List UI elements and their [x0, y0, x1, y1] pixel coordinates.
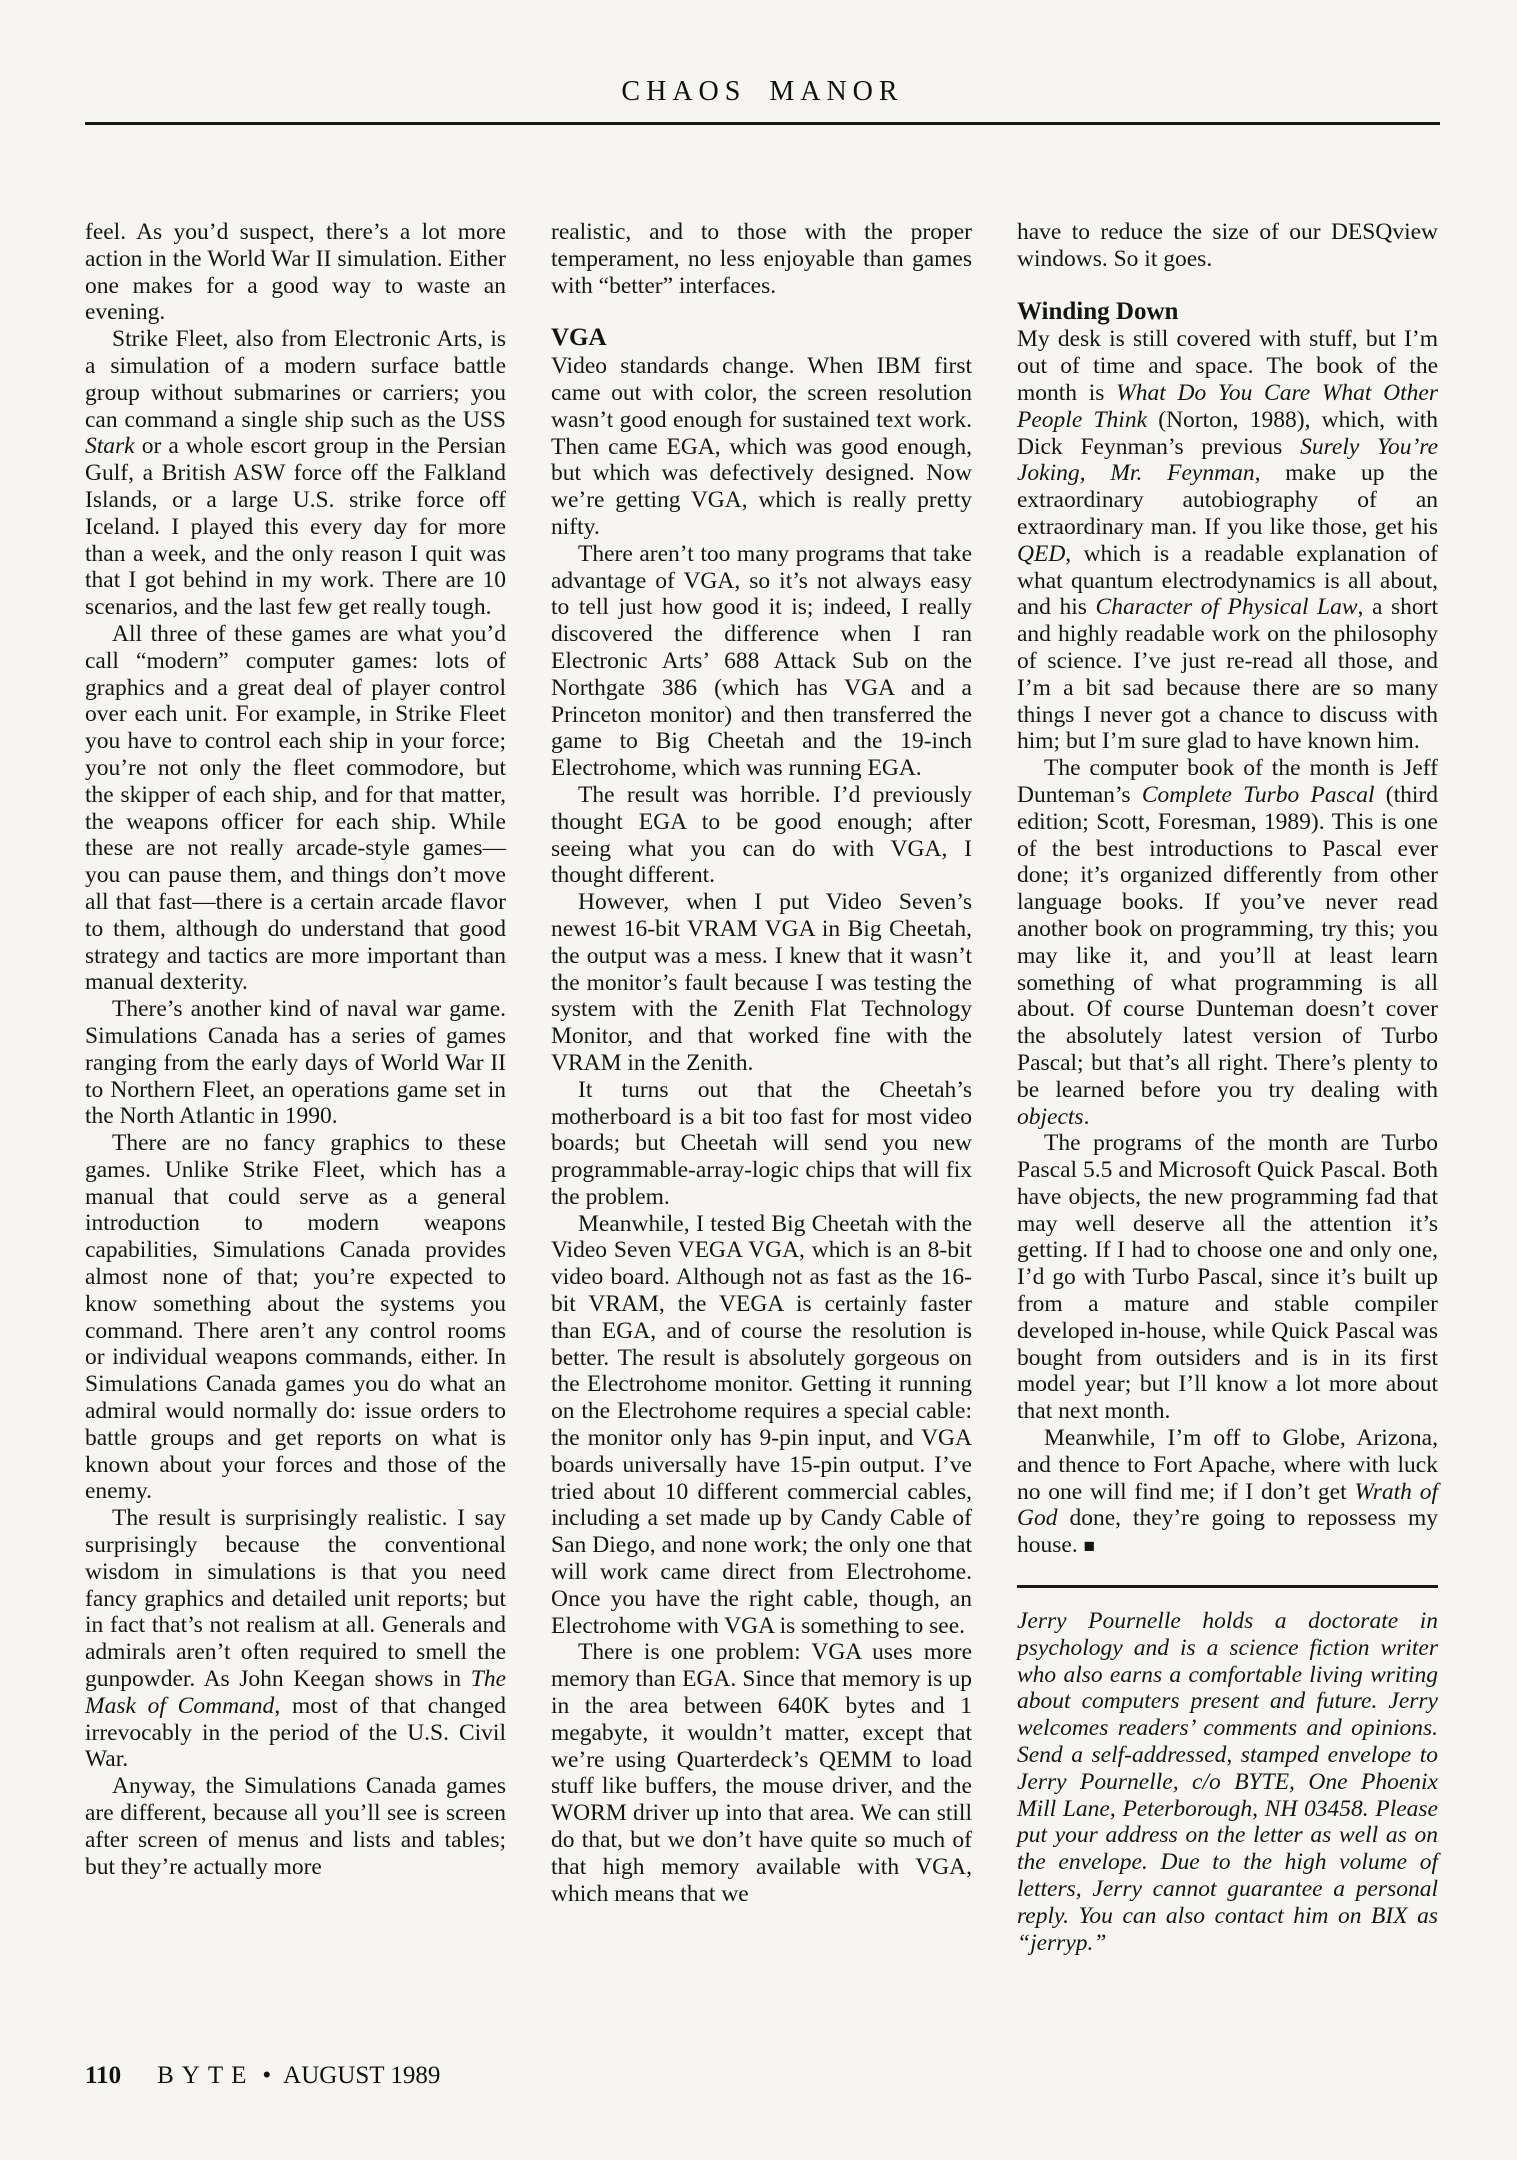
section-heading: VGA — [551, 325, 972, 352]
text-run: realistic, and to those with the proper … — [551, 219, 972, 299]
text-run: (third edition; Scott, Foresman, 1989). … — [1017, 782, 1438, 1103]
header-rule — [85, 122, 1440, 125]
footer-bullet: • — [262, 2062, 271, 2089]
text-run: Anyway, the Simulations Canada games are… — [85, 1773, 506, 1879]
paragraph: There is one problem: VGA uses more memo… — [551, 1639, 972, 1907]
paragraph: However, when I put Video Seven’s newest… — [551, 889, 972, 1077]
paragraph: There’s another kind of naval war game. … — [85, 996, 506, 1130]
paragraph: have to reduce the size of our DESQview … — [1017, 219, 1438, 273]
paragraph: Meanwhile, I tested Big Cheetah with the… — [551, 1211, 972, 1640]
paragraph: realistic, and to those with the proper … — [551, 219, 972, 299]
text-run: However, when I put Video Seven’s newest… — [551, 889, 972, 1076]
text-run: Stark — [85, 433, 135, 459]
page-title: CHAOS MANOR — [85, 76, 1440, 108]
text-run: Jerry Pournelle holds a doctorate in psy… — [1017, 1608, 1438, 1956]
text-run: have to reduce the size of our DESQview … — [1017, 219, 1438, 272]
paragraph: Strike Fleet, also from Electronic Arts,… — [85, 326, 506, 621]
paragraph: My desk is still covered with stuff, but… — [1017, 326, 1438, 755]
text-run: There’s another kind of naval war game. … — [85, 996, 506, 1129]
text-run: Character of Physical Law — [1096, 594, 1358, 620]
author-bio-paragraph: Jerry Pournelle holds a doctorate in psy… — [1017, 1608, 1438, 1956]
bio-divider-rule — [1017, 1585, 1438, 1588]
issue-date: AUGUST 1989 — [283, 2062, 440, 2089]
magazine-page: CHAOS MANOR feel. As you’d suspect, ther… — [0, 0, 1517, 2160]
paragraph: The result is surprisingly realistic. I … — [85, 1505, 506, 1773]
paragraph: There are no fancy graphics to these gam… — [85, 1130, 506, 1505]
paragraph: There aren’t too many programs that take… — [551, 541, 972, 782]
paragraph: All three of these games are what you’d … — [85, 621, 506, 996]
text-run: Video standards change. When IBM first c… — [551, 353, 972, 540]
paragraph: It turns out that the Cheetah’s motherbo… — [551, 1077, 972, 1211]
text-run: objects — [1017, 1104, 1084, 1130]
section-heading: Winding Down — [1017, 299, 1438, 326]
text-run: or a whole escort group in the Persian G… — [85, 433, 506, 620]
text-run: The programs of the month are Turbo Pasc… — [1017, 1130, 1438, 1424]
page-footer: 110BYTE•AUGUST 1989 — [85, 2062, 440, 2090]
paragraph: The computer book of the month is Jeff D… — [1017, 755, 1438, 1130]
paragraph: Video standards change. When IBM first c… — [551, 353, 972, 541]
column-1: feel. As you’d suspect, there’s a lot mo… — [85, 219, 506, 1956]
paragraph: feel. As you’d suspect, there’s a lot mo… — [85, 219, 506, 326]
text-run: Complete Turbo Pascal — [1142, 782, 1375, 808]
paragraph: Anyway, the Simulations Canada games are… — [85, 1773, 506, 1880]
text-run: . — [1084, 1104, 1090, 1130]
paragraph: The programs of the month are Turbo Pasc… — [1017, 1130, 1438, 1425]
column-2: realistic, and to those with the proper … — [551, 219, 972, 1956]
article-body: feel. As you’d suspect, there’s a lot mo… — [85, 219, 1440, 1956]
text-run: There aren’t too many programs that take… — [551, 541, 972, 781]
paragraph: The result was horrible. I’d previously … — [551, 782, 972, 889]
column-3: have to reduce the size of our DESQview … — [1017, 219, 1438, 1956]
text-run: Meanwhile, I tested Big Cheetah with the… — [551, 1211, 972, 1639]
end-of-article-mark: ■ — [1084, 1536, 1095, 1557]
text-run: All three of these games are what you’d … — [85, 621, 506, 995]
text-run: The result was horrible. I’d previously … — [551, 782, 972, 888]
text-run: feel. As you’d suspect, there’s a lot mo… — [85, 219, 506, 325]
text-run: QED — [1017, 541, 1065, 567]
text-run: There is one problem: VGA uses more memo… — [551, 1639, 972, 1906]
text-run: It turns out that the Cheetah’s motherbo… — [551, 1077, 972, 1210]
text-run: The result is surprisingly realistic. I … — [85, 1505, 506, 1692]
magazine-name: BYTE — [157, 2062, 254, 2089]
page-number: 110 — [85, 2062, 121, 2089]
paragraph: Meanwhile, I’m off to Globe, Arizona, an… — [1017, 1425, 1438, 1561]
text-run: done, they’re going to repossess my hous… — [1017, 1505, 1438, 1558]
text-run: Strike Fleet, also from Electronic Arts,… — [85, 326, 506, 432]
text-run: There are no fancy graphics to these gam… — [85, 1130, 506, 1504]
